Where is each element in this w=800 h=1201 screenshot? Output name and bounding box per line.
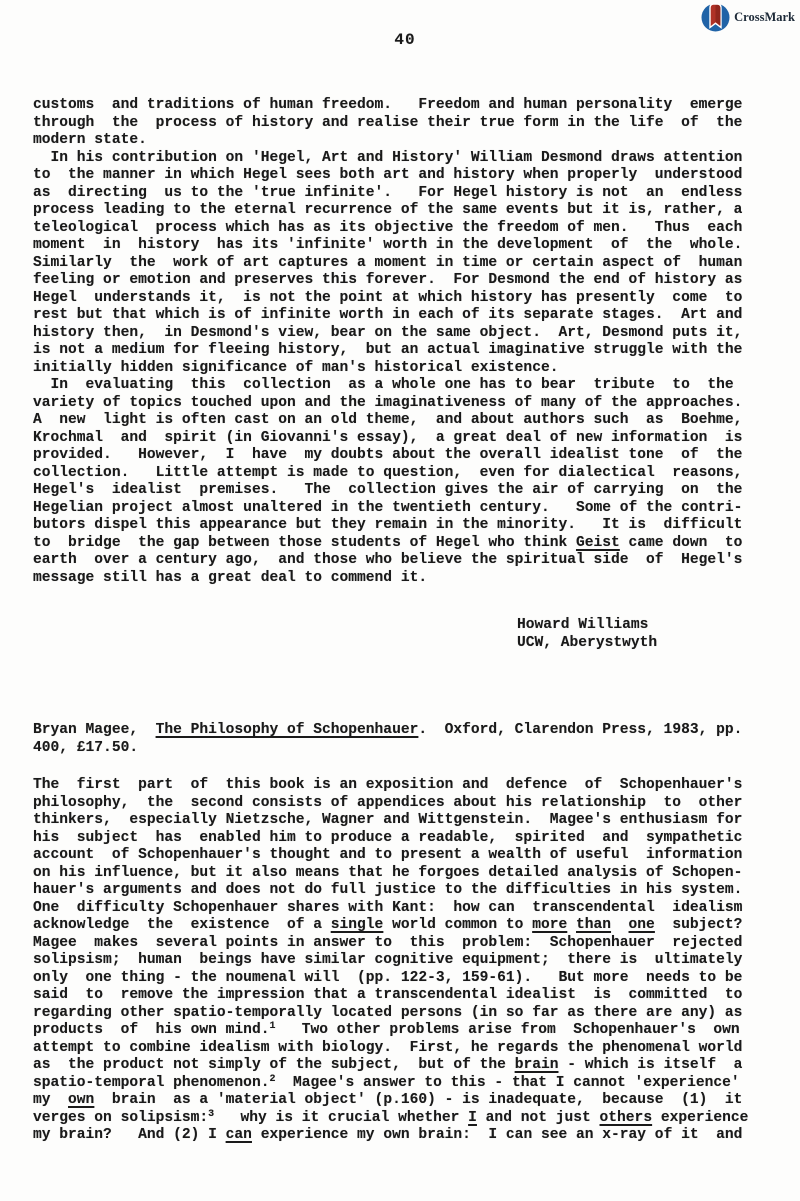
text-line: Magee makes several points in answer to … [33,935,785,953]
text-line: Howard Williams [517,617,777,635]
text-line: thinkers, especially Nietzsche, Wagner a… [33,812,785,830]
text-line: In his contribution on 'Hegel, Art and H… [33,150,785,168]
text-line: Krochmal and spirit (in Giovanni's essay… [33,430,785,448]
text-line: as the product not simply of the subject… [33,1057,785,1075]
text-line: rest but that which is of infinite worth… [33,307,785,325]
text-line: Bryan Magee, The Philosophy of Schopenha… [33,722,785,740]
crossmark-bookmark-icon [700,1,731,34]
text-line: In evaluating this collection as a whole… [33,377,785,395]
text-line: initially hidden significance of man's h… [33,360,785,378]
text-line: through the process of history and reali… [33,115,785,133]
text-line: solipsism; human beings have similar cog… [33,952,785,970]
text-line: on his influence, but it also means that… [33,865,785,883]
text-line: products of his own mind.1 Two other pro… [33,1022,785,1040]
crossmark-badge[interactable]: CrossMark [700,1,795,34]
text-line: modern state. [33,132,785,150]
text-line: account of Schopenhauer's thought and to… [33,847,785,865]
review2-heading: Bryan Magee, The Philosophy of Schopenha… [33,722,785,757]
text-line: hauer's arguments and does not do full j… [33,882,785,900]
text-line: only one thing - the noumenal will (pp. … [33,970,785,988]
text-line: to bridge the gap between those students… [33,535,785,553]
text-line: philosophy, the second consists of appen… [33,795,785,813]
page-number: 40 [0,31,800,49]
text-line: variety of topics touched upon and the i… [33,395,785,413]
text-line: feeling or emotion and preserves this fo… [33,272,785,290]
text-line: is not a medium for fleeing history, but… [33,342,785,360]
text-line: One difficulty Schopenhauer shares with … [33,900,785,918]
text-line: verges on solipsism:3 why is it crucial … [33,1110,785,1128]
text-line: moment in history has its 'infinite' wor… [33,237,785,255]
text-line: customs and traditions of human freedom.… [33,97,785,115]
text-line: Similarly the work of art captures a mom… [33,255,785,273]
text-line: attempt to combine idealism with biology… [33,1040,785,1058]
text-line: Hegel understands it, is not the point a… [33,290,785,308]
text-line: collection. Little attempt is made to qu… [33,465,785,483]
text-line: UCW, Aberystwyth [517,635,777,653]
review1-body-text: customs and traditions of human freedom.… [33,97,785,587]
reviewer-signature: Howard WilliamsUCW, Aberystwyth [517,617,777,652]
text-line: Hegelian project almost unaltered in the… [33,500,785,518]
text-line: 400, £17.50. [33,740,785,758]
text-line: provided. However, I have my doubts abou… [33,447,785,465]
text-line: my own brain as a 'material object' (p.1… [33,1092,785,1110]
text-line: my brain? And (2) I can experience my ow… [33,1127,785,1145]
text-line: regarding other spatio-temporally locate… [33,1005,785,1023]
text-line: history then, in Desmond's view, bear on… [33,325,785,343]
text-line: earth over a century ago, and those who … [33,552,785,570]
text-line: acknowledge the existence of a single wo… [33,917,785,935]
text-line: A new light is often cast on an old them… [33,412,785,430]
text-line: Hegel's idealist premises. The collectio… [33,482,785,500]
scanned-journal-page: CrossMark 40 customs and traditions of h… [0,0,800,1201]
text-line: said to remove the impression that a tra… [33,987,785,1005]
text-line: his subject has enabled him to produce a… [33,830,785,848]
text-line: butors dispel this appearance but they r… [33,517,785,535]
text-line: as directing us to the 'true infinite'. … [33,185,785,203]
text-line: The first part of this book is an exposi… [33,777,785,795]
crossmark-label: CrossMark [734,10,795,25]
text-line: to the manner in which Hegel sees both a… [33,167,785,185]
review2-body-text: The first part of this book is an exposi… [33,777,785,1145]
text-line: spatio-temporal phenomenon.2 Magee's ans… [33,1075,785,1093]
text-line: process leading to the eternal recurrenc… [33,202,785,220]
text-line: teleological process which has as its ob… [33,220,785,238]
text-line: message still has a great deal to commen… [33,570,785,588]
